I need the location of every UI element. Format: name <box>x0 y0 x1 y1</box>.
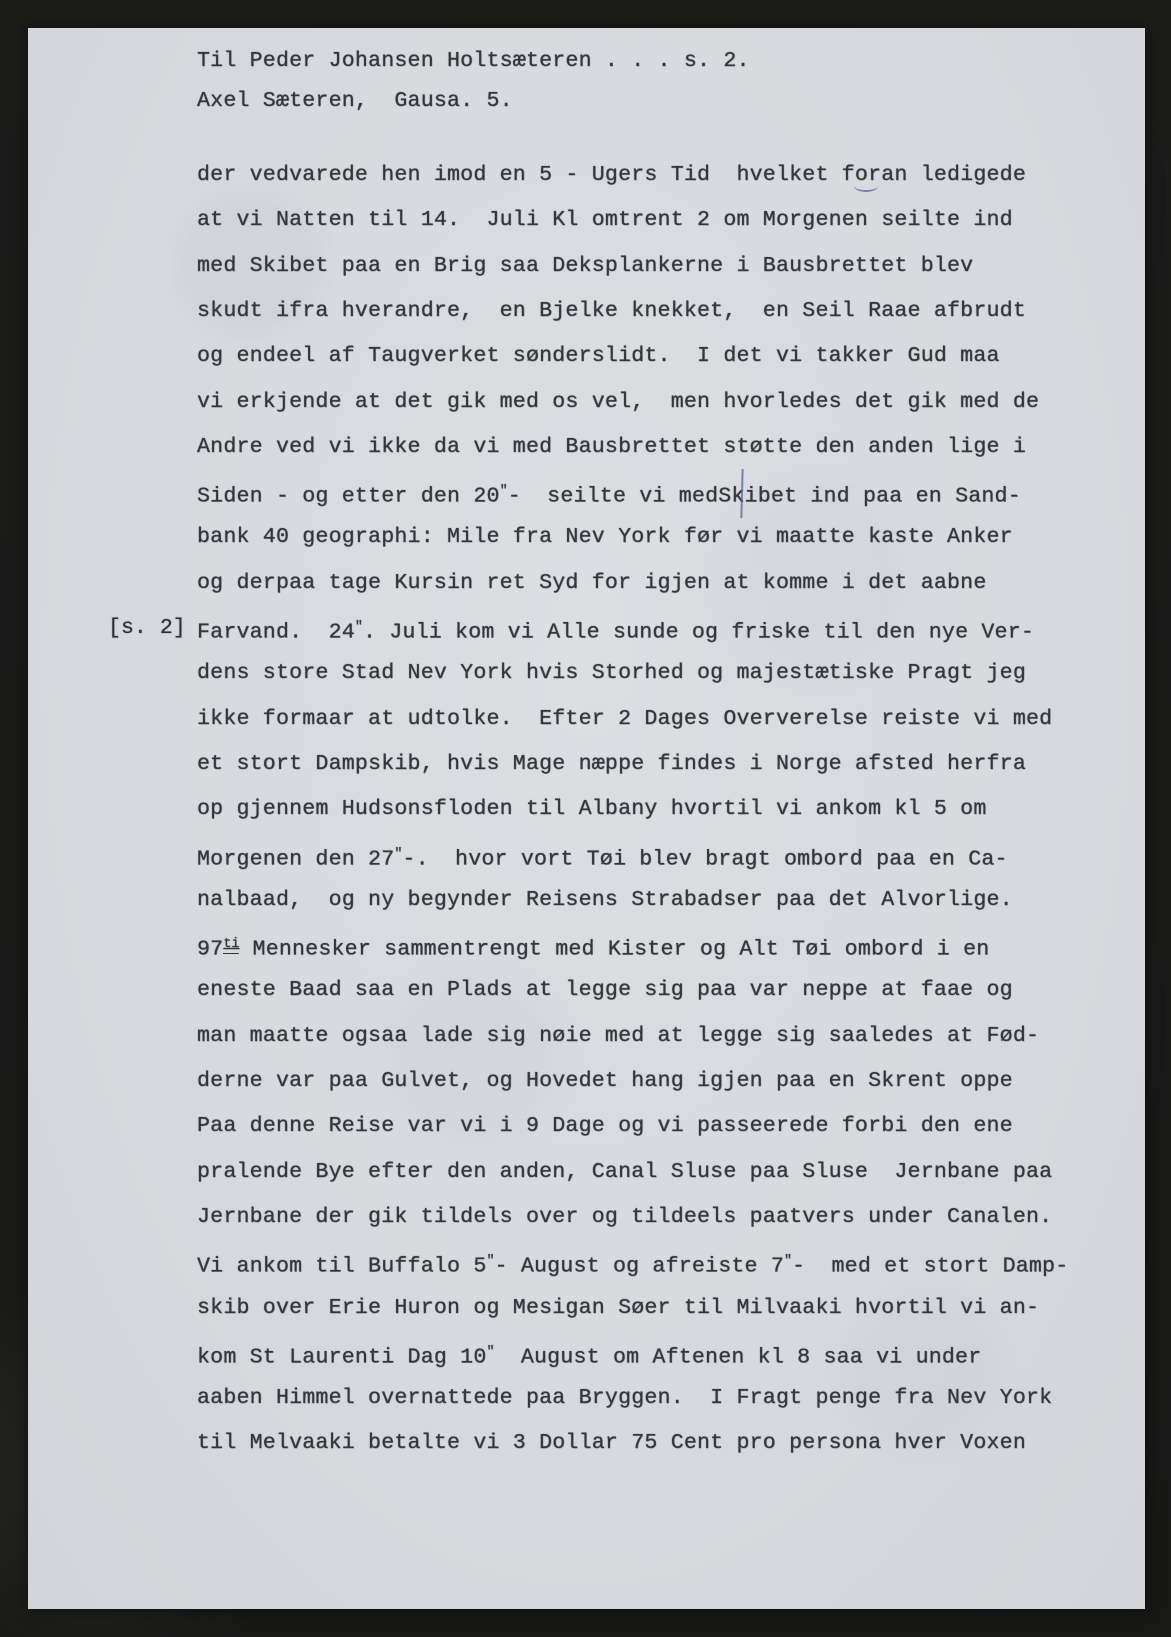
text-line: nalbaad, og ny begynder Reisens Strabads… <box>197 885 1013 915</box>
superscript-text: " <box>784 1254 792 1269</box>
text-line: Siden - og etter den 20"- seilte vi medS… <box>197 477 1021 511</box>
superscript-text: " <box>355 620 363 635</box>
text-line: skib over Erie Huron og Mesigan Søer til… <box>197 1293 1039 1323</box>
text-line: og endeel af Taugverket sønderslidt. I d… <box>197 341 1000 371</box>
text-line: Paa denne Reise var vi i 9 Dage og vi pa… <box>197 1111 1013 1141</box>
text-line: op gjennem Hudsonsfloden til Albany hvor… <box>197 794 987 824</box>
superscript-text: " <box>486 1254 494 1269</box>
text-line: vi erkjende at det gik med os vel, men h… <box>197 387 1039 417</box>
text-line: Morgenen den 27"-. hvor vort Tøi blev br… <box>197 840 1008 874</box>
text-line: dens store Stad Nev York hvis Storhed og… <box>197 658 1026 688</box>
text-line: et stort Dampskib, hvis Mage næppe finde… <box>197 749 1026 779</box>
page-margin-note: [s. 2] <box>108 613 186 643</box>
text-line: aaben Himmel overnattede paa Bryggen. I … <box>197 1383 1052 1413</box>
superscript-text: " <box>394 847 402 862</box>
text-line: bank 40 geographi: Mile fra Nev York før… <box>197 522 1013 552</box>
superscript-text: " <box>486 1345 494 1360</box>
text-line: med Skibet paa en Brig saa Deksplankerne… <box>197 251 973 281</box>
header-line-recipient: Til Peder Johansen Holtsæteren . . . s. … <box>197 46 750 76</box>
text-line: pralende Bye efter den anden, Canal Slus… <box>197 1157 1052 1187</box>
text-line: ikke formaar at udtolke. Efter 2 Dages O… <box>197 704 1052 734</box>
text-line: til Melvaaki betalte vi 3 Dollar 75 Cent… <box>197 1428 1026 1458</box>
text-line: og derpaa tage Kursin ret Syd for igjen … <box>197 568 987 598</box>
text-line: Farvand. 24". Juli kom vi Alle sunde og … <box>197 613 1034 647</box>
text-line: Vi ankom til Buffalo 5"- August og afrei… <box>197 1247 1068 1281</box>
scanner-background: Til Peder Johansen Holtsæteren . . . s. … <box>0 0 1171 1637</box>
superscript-text: ti <box>223 937 239 954</box>
text-line: skudt ifra hverandre, en Bjelke knekket,… <box>197 296 1026 326</box>
text-line: at vi Natten til 14. Juli Kl omtrent 2 o… <box>197 205 1013 235</box>
text-line: der vedvarede hen imod en 5 - Ugers Tid … <box>197 160 1026 190</box>
text-line: eneste Baad saa en Plads at legge sig pa… <box>197 975 1013 1005</box>
text-line: Andre ved vi ikke da vi med Bausbrettet … <box>197 432 1026 462</box>
text-line: derne var paa Gulvet, og Hovedet hang ig… <box>197 1066 1013 1096</box>
text-line: man maatte ogsaa lade sig nøie med at le… <box>197 1021 1039 1051</box>
text-line: kom St Laurenti Dag 10" August om Aftene… <box>197 1338 981 1372</box>
superscript-text: " <box>500 484 508 499</box>
header-line-sender: Axel Sæteren, Gausa. 5. <box>197 86 513 116</box>
text-line: Jernbane der gik tildels over og tildeel… <box>197 1202 1052 1232</box>
document-page: Til Peder Johansen Holtsæteren . . . s. … <box>28 28 1145 1609</box>
text-line: 97ti Mennesker sammentrengt med Kister o… <box>197 930 989 964</box>
pen-tie-mark <box>854 180 878 192</box>
